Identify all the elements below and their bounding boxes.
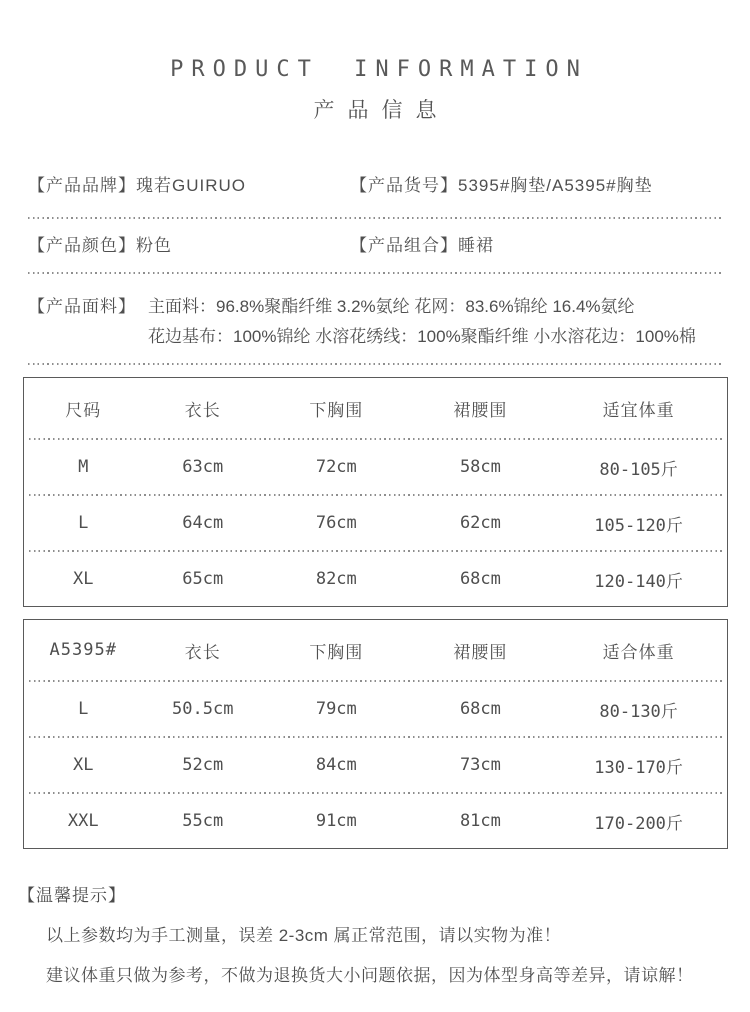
weight-cell: 130-170斤 xyxy=(551,753,727,778)
page-title-en: PRODUCT INFORMATION xyxy=(0,0,750,82)
brand-field: 【产品品牌】瑰若GUIRUO xyxy=(28,175,350,196)
length-cell: 50.5cm xyxy=(143,699,263,719)
combo-label: 【产品组合】 xyxy=(350,236,458,255)
brand-value: 瑰若GUIRUO xyxy=(136,176,246,195)
column-header: 下胸围 xyxy=(263,396,411,421)
length-cell: 55cm xyxy=(143,811,263,831)
waist-cell: 81cm xyxy=(410,811,551,831)
item-no-value: 5395#胸垫/A5395#胸垫 xyxy=(458,176,653,195)
tips-line-1: 以上参数均为手工测量，误差 2-3cm 属正常范围，请以实物为准！ xyxy=(46,926,750,946)
column-header: 下胸围 xyxy=(263,638,411,663)
page-title-zh: 产品信息 xyxy=(0,99,750,123)
tips-section: 【温馨提示】 以上参数均为手工测量，误差 2-3cm 属正常范围，请以实物为准！… xyxy=(0,885,750,986)
dotted-divider xyxy=(28,272,722,274)
attribute-row-1: 【产品品牌】瑰若GUIRUO 【产品货号】5395#胸垫/A5395#胸垫 xyxy=(0,175,750,196)
tips-heading: 【温馨提示】 xyxy=(18,885,750,906)
waist-cell: 68cm xyxy=(410,569,551,589)
column-header: 尺码 xyxy=(24,396,144,421)
column-header: 适合体重 xyxy=(551,638,727,663)
column-header: 裙腰围 xyxy=(410,638,551,663)
length-cell: 63cm xyxy=(143,457,263,477)
combo-field: 【产品组合】睡裙 xyxy=(350,235,494,256)
waist-cell: 62cm xyxy=(410,513,551,533)
weight-cell: 80-130斤 xyxy=(551,697,727,722)
column-header: A5395# xyxy=(24,640,144,660)
brand-label: 【产品品牌】 xyxy=(28,176,136,195)
length-cell: 52cm xyxy=(143,755,263,775)
column-header: 裙腰围 xyxy=(410,396,551,421)
table-row: XL 52cm 84cm 73cm 130-170斤 xyxy=(24,738,727,792)
item-no-label: 【产品货号】 xyxy=(350,176,458,195)
fabric-content: 主面料：96.8%聚酯纤维 3.2%氨纶 花网：83.6%锦纶 16.4%氨纶 … xyxy=(148,292,696,352)
attribute-row-2: 【产品颜色】粉色 【产品组合】睡裙 xyxy=(0,235,750,256)
size-table-5395: 尺码 衣长 下胸围 裙腰围 适宜体重 M 63cm 72cm 58cm 80-1… xyxy=(23,377,728,607)
size-table-5395-header: 尺码 衣长 下胸围 裙腰围 适宜体重 xyxy=(24,378,727,438)
length-cell: 64cm xyxy=(143,513,263,533)
weight-cell: 170-200斤 xyxy=(551,809,727,834)
size-table-a5395-header: A5395# 衣长 下胸围 裙腰围 适合体重 xyxy=(24,620,727,680)
underbust-cell: 72cm xyxy=(263,457,411,477)
waist-cell: 58cm xyxy=(410,457,551,477)
color-field: 【产品颜色】粉色 xyxy=(28,235,350,256)
fabric-line-2: 花边基布：100%锦纶 水溶花绣线：100%聚酯纤维 小水溶花边：100%棉 xyxy=(148,322,696,352)
waist-cell: 68cm xyxy=(410,699,551,719)
dotted-divider xyxy=(28,363,722,365)
product-attributes: 【产品品牌】瑰若GUIRUO 【产品货号】5395#胸垫/A5395#胸垫 【产… xyxy=(0,175,750,365)
dotted-divider xyxy=(28,217,722,219)
table-row: XXL 55cm 91cm 81cm 170-200斤 xyxy=(24,794,727,848)
weight-cell: 120-140斤 xyxy=(551,567,727,592)
color-value: 粉色 xyxy=(136,236,172,255)
size-table-a5395: A5395# 衣长 下胸围 裙腰围 适合体重 L 50.5cm 79cm 68c… xyxy=(23,619,728,849)
size-cell: XXL xyxy=(24,811,144,831)
underbust-cell: 91cm xyxy=(263,811,411,831)
color-label: 【产品颜色】 xyxy=(28,236,136,255)
fabric-line-1: 主面料：96.8%聚酯纤维 3.2%氨纶 花网：83.6%锦纶 16.4%氨纶 xyxy=(148,292,696,322)
fabric-field: 【产品面料】 主面料：96.8%聚酯纤维 3.2%氨纶 花网：83.6%锦纶 1… xyxy=(0,292,750,352)
column-header: 衣长 xyxy=(143,396,263,421)
underbust-cell: 79cm xyxy=(263,699,411,719)
size-cell: XL xyxy=(24,755,144,775)
length-cell: 65cm xyxy=(143,569,263,589)
combo-value: 睡裙 xyxy=(458,236,494,255)
size-cell: XL xyxy=(24,569,144,589)
underbust-cell: 82cm xyxy=(263,569,411,589)
size-cell: M xyxy=(24,457,144,477)
column-header: 适宜体重 xyxy=(551,396,727,421)
underbust-cell: 84cm xyxy=(263,755,411,775)
tips-line-2: 建议体重只做为参考，不做为退换货大小问题依据，因为体型身高等差异，请谅解！ xyxy=(46,966,750,986)
underbust-cell: 76cm xyxy=(263,513,411,533)
size-cell: L xyxy=(24,699,144,719)
column-header: 衣长 xyxy=(143,638,263,663)
table-row: L 64cm 76cm 62cm 105-120斤 xyxy=(24,496,727,550)
fabric-label: 【产品面料】 xyxy=(28,292,136,322)
waist-cell: 73cm xyxy=(410,755,551,775)
table-row: L 50.5cm 79cm 68cm 80-130斤 xyxy=(24,682,727,736)
product-info-page: PRODUCT INFORMATION 产品信息 【产品品牌】瑰若GUIRUO … xyxy=(0,0,750,986)
weight-cell: 105-120斤 xyxy=(551,511,727,536)
table-row: M 63cm 72cm 58cm 80-105斤 xyxy=(24,440,727,494)
size-cell: L xyxy=(24,513,144,533)
item-no-field: 【产品货号】5395#胸垫/A5395#胸垫 xyxy=(350,175,653,196)
weight-cell: 80-105斤 xyxy=(551,455,727,480)
table-row: XL 65cm 82cm 68cm 120-140斤 xyxy=(24,552,727,606)
